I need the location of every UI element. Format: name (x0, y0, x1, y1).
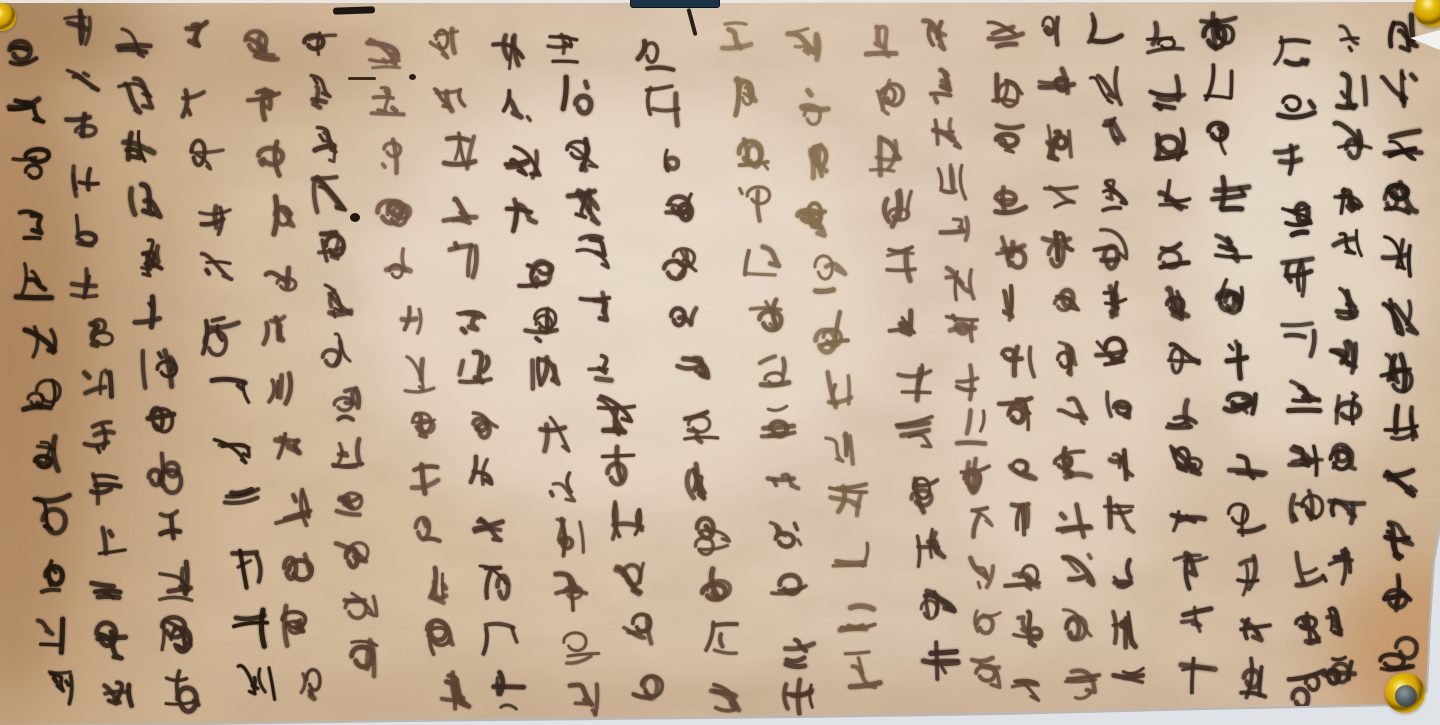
ink-dot (409, 74, 416, 80)
ink-dot (350, 213, 360, 222)
ink-marks (0, 0, 1440, 725)
manuscript-paper: 我去三因为色に去名我去る色に去名我去为不色去起为吉失二任よる石色に去去为吉我去雖… (0, 0, 1440, 725)
ink-stroke (686, 8, 697, 36)
thumbtack-icon (1385, 673, 1425, 713)
binding-tab (630, 0, 720, 8)
ink-stroke (333, 6, 375, 14)
thumbtack-cap (1395, 685, 1417, 707)
ink-stroke (348, 77, 376, 80)
photo-scene: 我去三因为色に去名我去る色に去名我去为不色去起为吉失二任よる石色に去去为吉我去雖… (0, 0, 1440, 725)
